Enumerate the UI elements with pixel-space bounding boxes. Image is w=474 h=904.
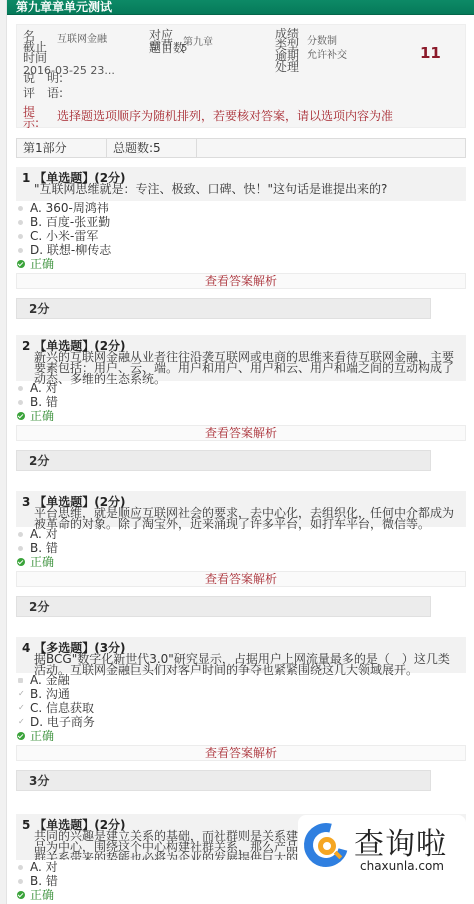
late-policy-value: 允许补交	[307, 46, 347, 61]
question-score: 3分	[16, 770, 431, 791]
option-c[interactable]: C. 小米-雷军	[16, 229, 466, 243]
option-label: B. 错	[30, 541, 58, 555]
check-circle-icon	[17, 891, 25, 899]
radio-icon	[18, 220, 23, 225]
result-status: 正确	[16, 409, 466, 423]
result-status: 正确	[16, 729, 466, 743]
part-summary: 第1部分 总题数:5	[16, 138, 466, 158]
result-label: 正确	[30, 409, 54, 423]
question-2: 2 【单选题】(2分) 新兴的互联网金融从业者往往沿袭互联网或电商的思维来看待互…	[16, 335, 466, 471]
question-number: 3	[22, 495, 30, 509]
result-label: 正确	[30, 888, 54, 902]
question-count-label: 题目数	[149, 43, 185, 54]
checkmark-icon: ✓	[18, 719, 24, 725]
checkmark-icon: ✓	[18, 691, 24, 697]
radio-icon	[18, 248, 23, 253]
question-4: 4 【多选题】(3分) 据BCG"数字化新世代3.0"研究显示，占据用户上网流量…	[16, 637, 466, 791]
radio-icon	[18, 532, 23, 537]
page-title: 第九章章单元测试	[7, 0, 474, 15]
question-score: 2分	[16, 298, 431, 319]
radio-icon	[18, 865, 23, 870]
part-blank	[197, 139, 465, 157]
option-label: D. 联想-柳传志	[30, 243, 111, 257]
option-label: B. 沟通	[30, 687, 70, 701]
part-total: 总题数:5	[107, 139, 197, 157]
option-label: A. 对	[30, 860, 58, 874]
chapter-value: 第九章	[183, 33, 213, 48]
radio-icon	[18, 234, 23, 239]
question-stem: 平台思维，就是顺应互联网社会的要求，去中心化，去组织化，任何中介都成为被革命的对…	[22, 508, 460, 530]
option-label: C. 小米-雷军	[30, 229, 98, 243]
option-a[interactable]: A. 360-周鸿祎	[16, 201, 466, 215]
option-label: B. 错	[30, 874, 58, 888]
view-analysis-button[interactable]: 查看答案解析	[16, 425, 466, 441]
tip-label: 提 示:	[23, 107, 47, 129]
tip-text: 选择题选项顺序为随机排列，若要核对答案，请以选项内容为准	[57, 107, 393, 124]
question-header: 1 【单选题】(2分) "互联网思维就是：专注、极致、口碑、快！"这句话是谁提出…	[16, 167, 466, 201]
result-status: 正确	[16, 257, 466, 271]
deadline-label: 截止时间	[23, 42, 47, 64]
grade-type-value: 分数制	[307, 32, 337, 47]
option-label: C. 信息获取	[30, 701, 94, 715]
check-circle-icon	[17, 412, 25, 420]
result-status: 正确	[16, 888, 466, 902]
question-header: 2 【单选题】(2分) 新兴的互联网金融从业者往往沿袭互联网或电商的思维来看待互…	[16, 335, 466, 381]
grade-type-label: 成绩类型	[275, 29, 301, 51]
question-score: 2分	[16, 596, 431, 617]
view-analysis-button[interactable]: 查看答案解析	[16, 745, 466, 761]
comment-label: 评 语:	[23, 88, 63, 99]
check-circle-icon	[17, 732, 25, 740]
course-name: 互联网金融	[57, 30, 107, 45]
radio-icon	[18, 546, 23, 551]
question-score: 2分	[16, 450, 431, 471]
part-name: 第1部分	[17, 139, 107, 157]
question-stem: 据BCG"数字化新世代3.0"研究显示，占据用户上网流量最多的是（ ）这几类活动…	[22, 654, 460, 676]
watermark-logo: 查询啦 chaxunla.com	[298, 815, 466, 882]
option-label: A. 360-周鸿祎	[30, 201, 109, 215]
view-analysis-button[interactable]: 查看答案解析	[16, 273, 466, 289]
option-b[interactable]: B. 错	[16, 541, 466, 555]
late-policy-label: 逾期处理	[275, 51, 301, 73]
question-1: 1 【单选题】(2分) "互联网思维就是：专注、极致、口碑、快！"这句话是谁提出…	[16, 167, 466, 319]
view-analysis-button[interactable]: 查看答案解析	[16, 571, 466, 587]
option-b[interactable]: ✓B. 沟通	[16, 687, 466, 701]
option-b[interactable]: B. 错	[16, 395, 466, 409]
watermark-en: chaxunla.com	[360, 859, 444, 873]
question-stem: "互联网思维就是：专注、极致、口碑、快！"这句话是谁提出来的?	[22, 184, 460, 195]
result-label: 正确	[30, 257, 54, 271]
question-number: 5	[22, 818, 30, 832]
checkbox-icon	[18, 678, 23, 683]
total-score: 11	[420, 44, 441, 62]
result-label: 正确	[30, 555, 54, 569]
option-b[interactable]: B. 百度-张亚勤	[16, 215, 466, 229]
radio-icon	[18, 400, 23, 405]
checkmark-icon: ✓	[18, 705, 24, 711]
option-label: B. 错	[30, 395, 58, 409]
question-header: 3 【单选题】(2分) 平台思维，就是顺应互联网社会的要求，去中心化，去组织化，…	[16, 491, 466, 527]
radio-icon	[18, 386, 23, 391]
option-c[interactable]: ✓C. 信息获取	[16, 701, 466, 715]
question-number: 2	[22, 339, 30, 353]
option-d[interactable]: ✓D. 电子商务	[16, 715, 466, 729]
question-3: 3 【单选题】(2分) 平台思维，就是顺应互联网社会的要求，去中心化，去组织化，…	[16, 491, 466, 617]
question-count-value: 5	[181, 43, 187, 54]
check-circle-icon	[17, 260, 25, 268]
left-rail	[0, 0, 7, 904]
watermark-cn: 查询啦	[354, 819, 447, 863]
option-label: D. 电子商务	[30, 715, 95, 729]
test-info-panel: 名 互联网金融 截止时间 2016-03-25 23... 对应章节 第九章 题…	[16, 24, 466, 128]
question-number: 4	[22, 641, 30, 655]
option-d[interactable]: D. 联想-柳传志	[16, 243, 466, 257]
option-label: B. 百度-张亚勤	[30, 215, 110, 229]
description-label: 说 明:	[23, 73, 63, 84]
question-stem: 新兴的互联网金融从业者往往沿袭互联网或电商的思维来看待互联网金融，主要要素包括：…	[22, 352, 460, 385]
check-circle-icon	[17, 558, 25, 566]
question-number: 1	[22, 171, 30, 185]
result-label: 正确	[30, 729, 54, 743]
radio-icon	[18, 879, 23, 884]
result-status: 正确	[16, 555, 466, 569]
question-header: 4 【多选题】(3分) 据BCG"数字化新世代3.0"研究显示，占据用户上网流量…	[16, 637, 466, 673]
radio-icon	[18, 206, 23, 211]
